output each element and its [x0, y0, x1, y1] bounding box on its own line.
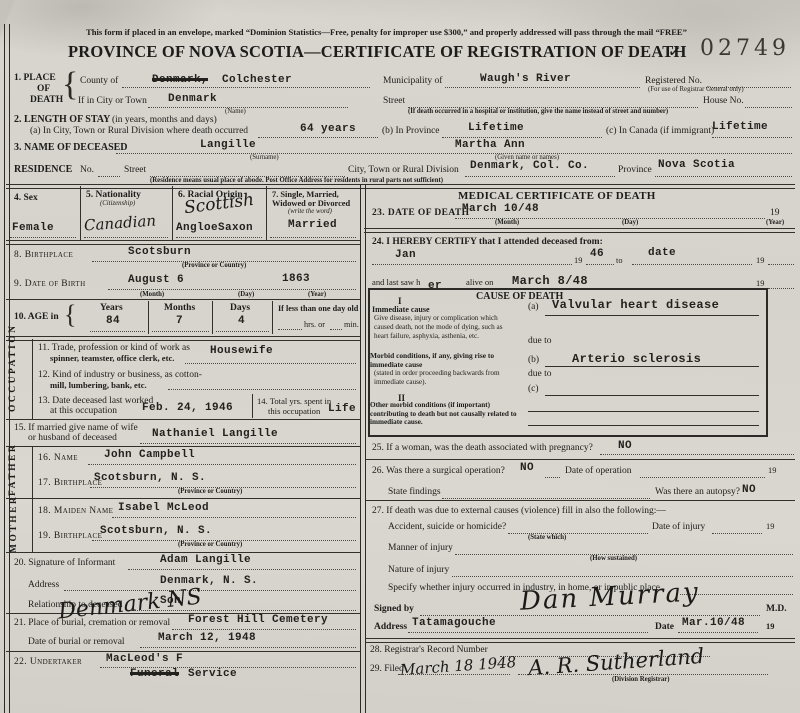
rule — [745, 106, 792, 108]
dob-label: 9. Date of Birth — [14, 279, 86, 289]
city-name-sub: (Name) — [225, 108, 246, 115]
medical-certificate-header: MEDICAL CERTIFICATE OF DEATH — [458, 190, 656, 202]
occupation-vertical-label: OCCUPATION — [8, 342, 18, 412]
q13-value: Feb. 24, 1946 — [142, 402, 233, 414]
rule — [108, 288, 356, 290]
age-days-header: Days — [230, 303, 250, 313]
marital-value: Married — [288, 219, 337, 231]
date-label: Date — [655, 622, 674, 632]
filed-date-handwritten: March 18 1948 — [400, 653, 517, 679]
q26-19: 19 — [768, 466, 776, 475]
checkmark-glyph: ✓ — [667, 41, 683, 63]
residence-label: RESIDENCE — [14, 164, 72, 175]
birthplace-sub: (Province or Country) — [182, 262, 246, 269]
rule — [98, 175, 120, 177]
q14-label-2: this occupation — [268, 406, 320, 416]
autopsy-label: Was there an autopsy? — [655, 487, 740, 497]
immediate-cause-note: Give disease, injury or complication whi… — [374, 314, 516, 341]
rule — [140, 442, 356, 444]
stay-b-value: Lifetime — [468, 122, 524, 134]
manner-label: Manner of injury — [388, 543, 453, 553]
rule — [678, 631, 758, 633]
informant-address-label: Address — [28, 580, 59, 590]
rule — [545, 315, 759, 316]
rule — [545, 366, 759, 367]
residence-province-value: Nova Scotia — [658, 159, 735, 171]
q24-year-value: 46 — [590, 248, 604, 260]
q23-year-sub: (Year) — [766, 219, 784, 226]
accident-label: Accident, suicide or homicide? — [388, 522, 506, 532]
q24b-19: 19 — [756, 279, 764, 288]
rule — [148, 301, 149, 334]
dob-day-sub: (Day) — [238, 291, 254, 298]
residence-city-value: Denmark, Col. Co. — [470, 160, 589, 172]
serial-number: 02749 — [700, 36, 790, 61]
signed-19: 19 — [766, 622, 774, 631]
residence-no-label: No. — [80, 165, 94, 175]
stay-label: 2. LENGTH OF STAY — [14, 114, 110, 125]
age-years-value: 84 — [106, 315, 120, 327]
rule — [408, 631, 648, 633]
q27-label: 27. If death was due to external causes … — [372, 506, 666, 516]
surname-sub: (Surname) — [250, 154, 279, 161]
q23-19: 19 — [770, 208, 780, 218]
dob-month-sub: (Month) — [140, 291, 164, 298]
rule — [128, 568, 356, 570]
age-months-header: Months — [164, 303, 195, 313]
rule — [6, 498, 360, 499]
q25-label: 25. If a woman, was the death associated… — [372, 443, 593, 453]
rule — [712, 532, 762, 534]
rule — [140, 646, 356, 648]
q27-19: 19 — [766, 522, 774, 531]
municipality-label: Municipality of — [383, 76, 442, 86]
q17-value: Scotsburn, N. S. — [94, 472, 206, 484]
rule — [216, 330, 269, 332]
q12-label-1: 12. Kind of industry or business, as cot… — [38, 370, 202, 380]
mail-free-note: This form if placed in an envelope, mark… — [86, 27, 687, 37]
nature-label: Nature of injury — [388, 565, 449, 575]
rule — [176, 236, 262, 238]
rule — [768, 263, 794, 265]
rule — [712, 136, 792, 138]
rule — [212, 301, 213, 334]
rule — [84, 236, 168, 238]
place-label-1: 1. PLACE — [14, 73, 56, 83]
county-struck-value: Denmark, — [152, 74, 208, 86]
signed-date-value: Mar.10/48 — [682, 617, 745, 629]
rule — [372, 263, 572, 265]
q24-from-value: Jan — [395, 249, 416, 261]
birthplace-value: Scotsburn — [128, 246, 191, 258]
rule — [278, 328, 302, 330]
burial-date-value: March 12, 1948 — [158, 632, 256, 644]
q13-label-1: 13. Date deceased last worked — [38, 396, 153, 406]
rule — [632, 263, 752, 265]
rule — [442, 497, 650, 499]
q24-19a: 19 — [574, 256, 582, 265]
death-certificate-scan: This form if placed in an envelope, mark… — [0, 0, 800, 713]
age-days-value: 4 — [238, 315, 245, 327]
given-name-value: Martha Ann — [455, 139, 525, 151]
page-title: PROVINCE OF NOVA SCOTIA—CERTIFICATE OF R… — [68, 42, 687, 62]
rule — [10, 236, 76, 238]
marital-label-1: 7. Single, Married, — [272, 190, 339, 199]
rule — [112, 516, 356, 518]
residence-province-label: Province — [618, 165, 652, 175]
q12-label-2: mill, lumbering, bank, etc. — [50, 380, 147, 390]
stay-c-value: Lifetime — [712, 121, 768, 133]
q22-rest-word: Service — [188, 668, 237, 680]
stay-c-label: (c) In Canada (if immigrant) — [606, 126, 714, 136]
autopsy-value: NO — [742, 484, 756, 496]
rule — [528, 411, 759, 412]
rule — [88, 463, 356, 465]
q26-label: 26. Was there a surgical operation? — [372, 466, 505, 476]
rule — [366, 500, 795, 501]
q24-date-value: date — [648, 247, 676, 259]
age-years-header: Years — [100, 303, 123, 313]
sex-value: Female — [12, 222, 54, 234]
cause-a-value: Valvular heart disease — [552, 298, 719, 312]
q18-value: Isabel McLeod — [118, 502, 209, 514]
city-town-value: Denmark — [168, 93, 217, 105]
q25-value: NO — [618, 440, 632, 452]
rule — [32, 498, 33, 552]
stay-b-label: (b) In Province — [382, 126, 440, 136]
racial-origin-typed: AngloeSaxon — [176, 222, 253, 234]
rule — [465, 175, 615, 177]
rule — [518, 673, 768, 675]
rule — [586, 263, 614, 265]
place-brace: { — [62, 66, 78, 104]
rule — [420, 614, 760, 616]
division-registrar-sub: (Division Registrar) — [612, 676, 670, 683]
rule — [152, 330, 209, 332]
q13-label-2: at this occupation — [50, 406, 117, 416]
q14-value: Life — [328, 403, 356, 415]
rule — [545, 476, 560, 478]
cause-b-value: Arterio sclerosis — [572, 352, 701, 366]
registered-no-label: Registered No. — [645, 76, 702, 86]
rule — [272, 301, 273, 334]
q16-value: John Campbell — [104, 449, 195, 461]
dob-year-value: 1863 — [282, 273, 310, 285]
q11-label-1: 11. Trade, profession or kind of work as — [38, 343, 190, 353]
q19-value: Scotsburn, N. S. — [100, 525, 212, 537]
age-months-value: 7 — [176, 315, 183, 327]
rule — [270, 236, 356, 238]
rule — [168, 388, 356, 390]
age-brace: { — [64, 300, 76, 330]
dob-month-day-value: August 6 — [128, 274, 184, 286]
q15-label-1: 15. If married give name of wife — [14, 423, 138, 433]
rule — [258, 136, 378, 138]
rule — [445, 86, 640, 88]
rule — [366, 459, 795, 460]
rule — [6, 419, 360, 420]
rule — [6, 184, 795, 189]
house-no-label: House No. — [703, 96, 744, 106]
residence-note: (Residence means usual place of abode. P… — [150, 177, 443, 184]
mother-vertical-label: MOTHER — [9, 501, 19, 553]
rule — [185, 362, 356, 364]
place-label-3: DEATH — [30, 95, 63, 105]
q24b-alive-label: alive on — [466, 277, 493, 287]
deceased-label: 3. NAME OF DECEASED — [14, 142, 128, 153]
burial-date-label: Date of burial or removal — [28, 637, 125, 647]
q15-label-2: or husband of deceased — [28, 433, 117, 443]
q26-value: NO — [520, 462, 534, 474]
age-label: 10. AGE in — [14, 312, 59, 322]
stay-label-note: (in years, months and days) — [112, 115, 217, 125]
findings-label: State findings — [388, 487, 441, 497]
residence-city-label: City, Town or Rural Division — [348, 165, 459, 175]
rule — [366, 638, 795, 643]
rule — [600, 453, 794, 455]
q23-value: March 10/48 — [462, 203, 539, 215]
q21-value: Forest Hill Cemetery — [188, 614, 328, 626]
marital-sub: (write the word) — [288, 208, 332, 215]
age-min-label: min. — [344, 320, 359, 329]
q23-month-sub: (Month) — [495, 219, 519, 226]
rule — [6, 299, 360, 300]
q23-day-sub: (Day) — [622, 219, 638, 226]
cause-a-label: (a) — [528, 302, 539, 312]
rule — [122, 86, 370, 88]
rule — [172, 628, 356, 630]
injury-date-label: Date of injury — [652, 522, 705, 532]
rule — [528, 425, 759, 426]
rule — [172, 186, 173, 241]
rule — [90, 330, 145, 332]
physician-address-label: Address — [374, 622, 407, 632]
residence-street-label: Street — [124, 165, 146, 175]
q24b-value: March 8/48 — [512, 274, 588, 288]
surname-value: Langille — [200, 139, 256, 151]
county-label: County of — [80, 76, 118, 86]
signed-by-label: Signed by — [374, 604, 414, 614]
q11-value: Housewife — [210, 345, 273, 357]
birthplace-label: 8. Birthplace — [14, 250, 73, 260]
cause-due1-label: due to — [528, 336, 551, 346]
rule — [545, 395, 759, 396]
rule — [330, 328, 342, 330]
street-label: Street — [383, 96, 405, 106]
rule — [364, 228, 795, 233]
age-less-one-day-note: If less than one day old — [278, 304, 358, 313]
father-vertical-label: FATHER — [8, 450, 18, 496]
dob-year-sub: (Year) — [308, 291, 326, 298]
q14-label-1: 14. Total yrs. spent in — [257, 396, 331, 406]
rule — [64, 589, 356, 591]
q22-value: MacLeod's F — [106, 653, 183, 665]
other-morbid-note: Other morbid conditions (if important) c… — [370, 401, 520, 427]
cause-c-label: (c) — [528, 384, 539, 394]
q20-value: Adam Langille — [160, 554, 251, 566]
rule — [80, 186, 81, 241]
rule — [148, 106, 348, 108]
rule — [640, 476, 765, 478]
cause-due2-label: due to — [528, 369, 551, 379]
nationality-label: 5. Nationality — [86, 190, 141, 200]
citizenship-sub: (Citizenship) — [100, 200, 135, 207]
city-town-label: If in City or Town — [78, 96, 147, 106]
rule — [116, 152, 792, 154]
rule — [768, 287, 794, 289]
q28-label: 28. Registrar's Record Number — [370, 645, 488, 655]
rule — [6, 336, 360, 341]
rule — [252, 394, 253, 418]
marital-label-2: Widowed or Divorced — [272, 199, 350, 208]
rule — [398, 673, 510, 675]
registrar-general-note: (For use of Registrar General only) — [648, 86, 744, 93]
md-label: M.D. — [766, 604, 787, 614]
age-hrs-label: hrs. or — [304, 320, 325, 329]
column-divider-rule — [360, 184, 366, 713]
place-label-2: OF — [37, 84, 50, 94]
q17-sub: (Province or Country) — [178, 488, 242, 495]
q19-sub: (Province or Country) — [178, 541, 242, 548]
rule — [6, 240, 360, 245]
q16-label: 16. Name — [38, 453, 78, 463]
cause-b-label: (b) — [528, 355, 539, 365]
q26b-label: Date of operation — [565, 466, 631, 476]
municipality-value: Waugh's River — [480, 73, 571, 85]
rule — [442, 136, 602, 138]
q22-label: 22. Undertaker — [14, 657, 82, 667]
q24-label: 24. I HEREBY CERTIFY that I attended dec… — [372, 237, 603, 247]
stay-a-label: (a) In City, Town or Rural Division wher… — [30, 126, 248, 136]
rule — [6, 446, 360, 447]
q24b-label: and last saw h — [372, 277, 420, 287]
q24-19b: 19 — [756, 256, 764, 265]
rule — [32, 339, 33, 419]
how-sustained-sub: (How sustained) — [590, 555, 637, 562]
immediate-cause-label: Immediate cause — [372, 305, 430, 314]
physician-address-value: Tatamagouche — [412, 617, 496, 629]
morbid-conditions-note-2: (stated in order proceeding backwards fr… — [374, 369, 516, 386]
q18-label: 18. Maiden Name — [38, 506, 113, 516]
rule — [266, 186, 267, 241]
rule — [655, 175, 792, 177]
informant-address-value: Denmark, N. S. — [160, 575, 258, 587]
county-value: Colchester — [222, 74, 292, 86]
stay-a-value: 64 years — [300, 123, 356, 135]
q15-value: Nathaniel Langille — [152, 428, 278, 440]
sex-label: 4. Sex — [14, 193, 38, 203]
hospital-note: (If death occurred in a hospital or inst… — [408, 108, 668, 115]
state-which-sub: (State which) — [528, 534, 566, 541]
q24-to-label: to — [616, 256, 623, 265]
q22-struck-word: Funeral — [130, 668, 179, 680]
nationality-value-handwritten: Canadian — [83, 212, 156, 235]
q11-label-2: spinner, teamster, office clerk, etc. — [50, 353, 174, 363]
rule — [452, 575, 793, 577]
rule — [32, 446, 33, 498]
morbid-conditions-note-1: Morbid conditions, if any, giving rise t… — [370, 352, 518, 370]
q20-label: 20. Signature of Informant — [14, 558, 115, 568]
